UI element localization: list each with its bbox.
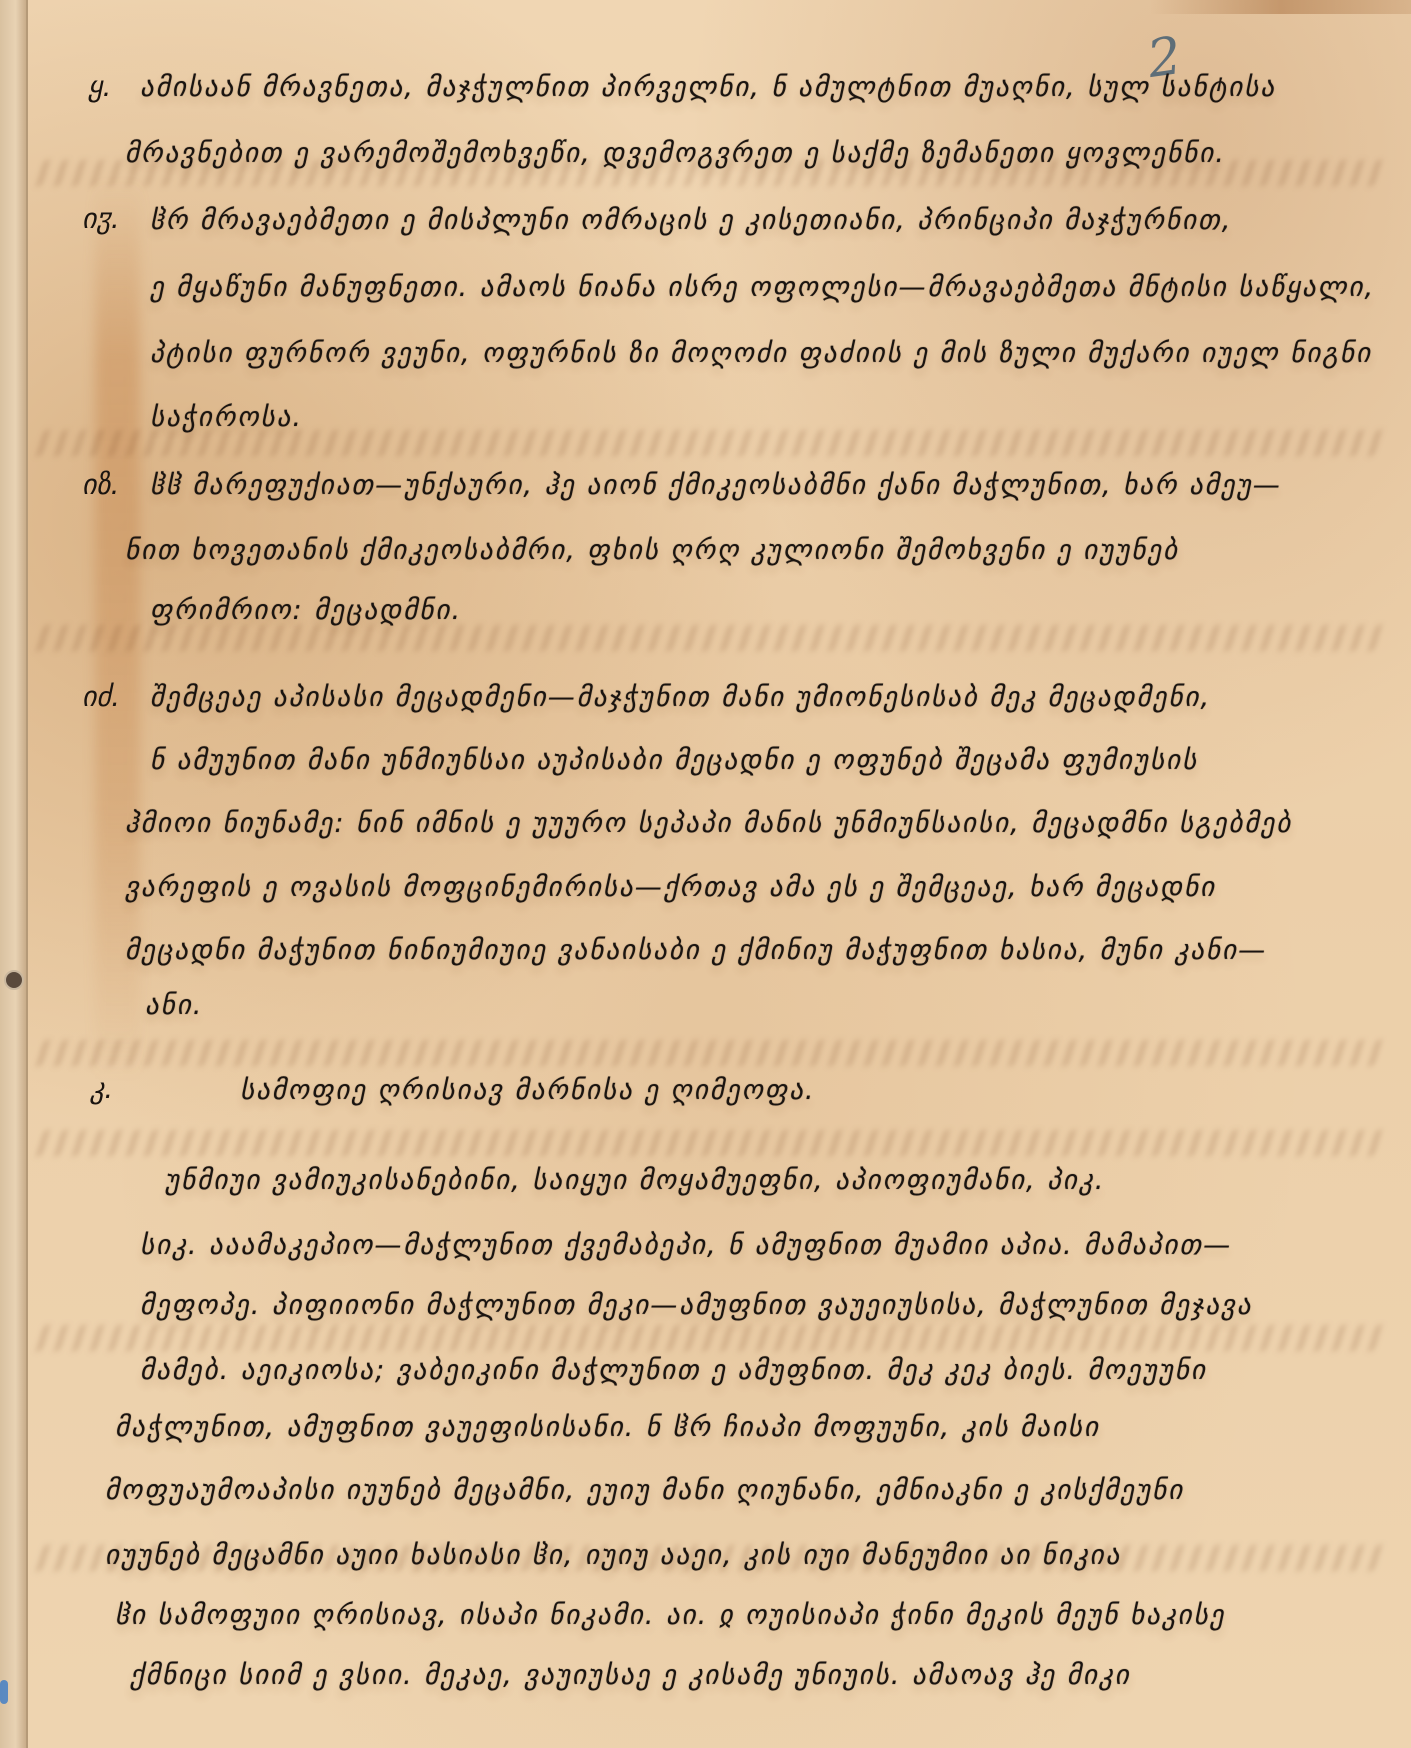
text-line: ფრიმრიო: მეცადმნი. xyxy=(150,595,462,626)
text-line: ქმნიცი სიიმ ე ვსიი. მეკაე, ვაუიუსაე ე კი… xyxy=(130,1660,1131,1691)
text-line: იუუნებ მეცამნი აუიი ხასიასი ჱი, იუიუ ააე… xyxy=(105,1540,1121,1571)
text-line: საჭიროსა. xyxy=(150,402,303,433)
text-line: ჰმიოი ნიუნამე: ნინ იმნის ე უუურო სეპაპი … xyxy=(125,808,1292,839)
text-line: მრავნებით ე ვარემოშემოხვეწი, დვემოგვრეთ … xyxy=(125,138,1226,169)
section-marker: იძ. xyxy=(82,680,120,713)
text-line: ჱი სამოფუიი ღრისიავ, ისაპი ნიკამი. აი. ჲ… xyxy=(115,1600,1225,1631)
text-line: მამებ. აეიკიოსა; ვაბეიკინი მაჭლუნით ე ამ… xyxy=(140,1355,1207,1386)
text-line: ჱჱ მარეფუქიათ—უნქაური, ჰე აიონ ქმიკეოსაბ… xyxy=(150,470,1282,501)
paper-stain xyxy=(1150,0,1411,14)
manuscript-page: 2 ყ. ამისაან მრავნეთა, მაჯჭულნით პირველნ… xyxy=(0,0,1411,1748)
binding-hole xyxy=(4,970,24,990)
text-line: ამისაან მრავნეთა, მაჯჭულნით პირველნი, ნ … xyxy=(140,72,1276,103)
text-line: ნით ხოვეთანის ქმიკეოსაბმრი, ფხის ღრღ კულ… xyxy=(125,535,1179,566)
binding-edge xyxy=(0,0,28,1748)
section-marker: იჳ. xyxy=(82,202,120,235)
bleed-through xyxy=(36,1040,1384,1066)
text-line: ნ ამუუნით მანი უნმიუნსაი აუპისაბი მეცადნ… xyxy=(150,745,1198,776)
text-line: უნმიუი ვამიუკისანებინი, საიყუი მოყამუეფნ… xyxy=(165,1165,1105,1196)
bleed-through xyxy=(36,1130,1384,1156)
text-line: მაჭლუნით, ამუფნით ვაუეფისისანი. ნ ჱრ ჩია… xyxy=(115,1412,1100,1443)
section-marker: ყ. xyxy=(88,70,111,103)
section-marker: იზ. xyxy=(82,468,119,501)
text-line: ე მყაწუნი მანუფნეთი. ამაოს ნიანა ისრე ოფ… xyxy=(150,272,1375,303)
text-line: სიკ. ააამაკეპიო—მაჭლუნით ქვემაბეპი, ნ ამ… xyxy=(140,1230,1232,1261)
text-line: მეფოპე. პიფიიონი მაჭლუნით მეკი—ამუფნით ვ… xyxy=(140,1290,1253,1321)
text-line: მოფუაუმოაპისი იუუნებ მეცამნი, ეუიუ მანი … xyxy=(105,1475,1184,1506)
bleed-through xyxy=(36,625,1384,651)
section-marker: კ. xyxy=(90,1072,113,1105)
text-line: ვარეფის ე ოვასის მოფცინემირისა—ქრთავ ამა… xyxy=(125,872,1216,903)
text-line: ანი. xyxy=(145,990,203,1021)
section-heading: სამოფიე ღრისიავ მარნისა ე ღიმეოფა. xyxy=(240,1075,816,1106)
text-line: ჱრ მრავაებმეთი ე მისპლუნი ომრაცის ე კისე… xyxy=(150,205,1232,236)
bleed-through xyxy=(36,430,1384,456)
text-line: მეცადნი მაჭუნით ნინიუმიუიე ვანაისაბი ე ქ… xyxy=(125,935,1267,966)
ink-mark xyxy=(0,1680,8,1704)
bleed-through xyxy=(36,1325,1384,1351)
text-line: შემცეაე აპისასი მეცადმენი—მაჯჭუნით მანი … xyxy=(150,682,1211,713)
text-line: პტისი ფურნორ ვეუნი, ოფურნის ზი მოღოძი ფა… xyxy=(150,338,1372,369)
